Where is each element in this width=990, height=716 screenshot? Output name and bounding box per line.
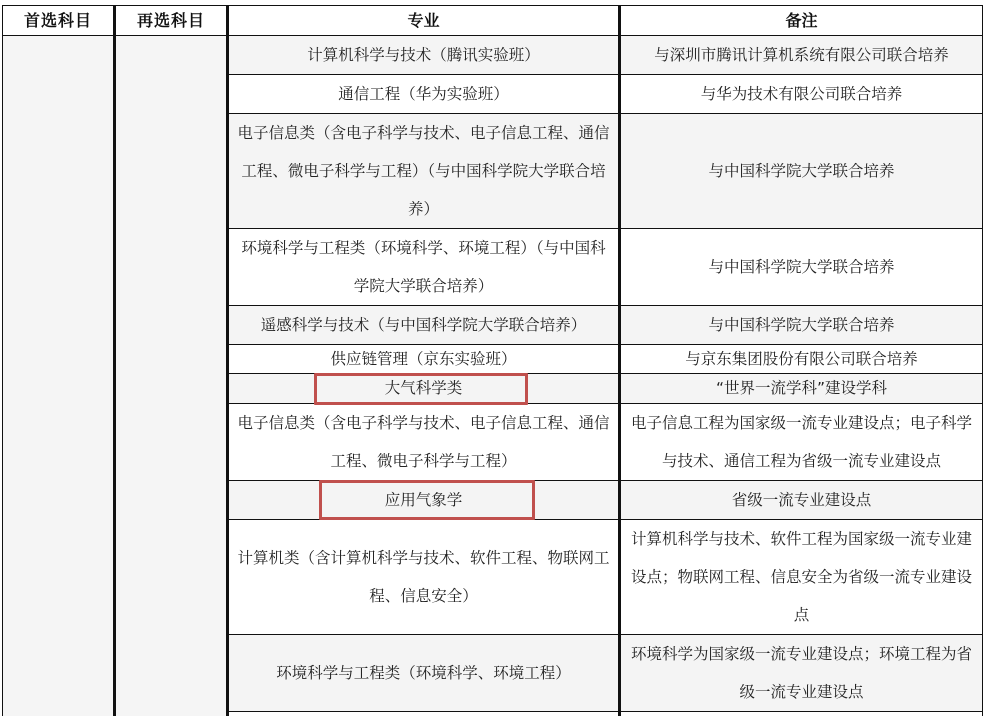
- remark-cell: [620, 712, 983, 716]
- header-major: 专业: [228, 6, 620, 36]
- remark-cell: 与中国科学院大学联合培养: [620, 114, 983, 229]
- remark-cell: 与中国科学院大学联合培养: [620, 306, 983, 345]
- remark-cell: 与深圳市腾讯计算机系统有限公司联合培养: [620, 36, 983, 75]
- major-cell: 环境科学与工程类（环境科学、环境工程）（与中国科学院大学联合培养）: [228, 229, 620, 306]
- header-first-subject: 首选科目: [3, 6, 115, 36]
- major-cell: [228, 712, 620, 716]
- major-cell: 应用气象学: [228, 481, 620, 520]
- table-row: 计算机科学与技术（腾讯实验班） 与深圳市腾讯计算机系统有限公司联合培养: [3, 36, 983, 75]
- header-second-subject: 再选科目: [115, 6, 228, 36]
- remark-cell: 环境科学为国家级一流专业建设点；环境工程为省级一流专业建设点: [620, 635, 983, 712]
- first-subject-cell: [3, 36, 115, 716]
- remark-cell: 计算机科学与技术、软件工程为国家级一流专业建设点；物联网工程、信息安全为省级一流…: [620, 520, 983, 635]
- major-cell: 通信工程（华为实验班）: [228, 75, 620, 114]
- major-cell: 环境科学与工程类（环境科学、环境工程）: [228, 635, 620, 712]
- major-cell: 电子信息类（含电子科学与技术、电子信息工程、通信工程、微电子科学与工程）（与中国…: [228, 114, 620, 229]
- major-cell: 大气科学类: [228, 374, 620, 404]
- major-cell: 电子信息类（含电子科学与技术、电子信息工程、通信工程、微电子科学与工程）: [228, 404, 620, 481]
- remark-cell: 与中国科学院大学联合培养: [620, 229, 983, 306]
- header-remarks: 备注: [620, 6, 983, 36]
- remark-cell: 电子信息工程为国家级一流专业建设点；电子科学与技术、通信工程为省级一流专业建设点: [620, 404, 983, 481]
- major-cell: 计算机科学与技术（腾讯实验班）: [228, 36, 620, 75]
- second-subject-cell: [115, 36, 228, 716]
- remark-cell: 与华为技术有限公司联合培养: [620, 75, 983, 114]
- remark-cell: “世界一流学科”建设学科: [620, 374, 983, 404]
- major-cell: 遥感科学与技术（与中国科学院大学联合培养）: [228, 306, 620, 345]
- remark-cell: 省级一流专业建设点: [620, 481, 983, 520]
- major-cell: 计算机类（含计算机科学与技术、软件工程、物联网工程、信息安全）: [228, 520, 620, 635]
- major-cell: 供应链管理（京东实验班）: [228, 345, 620, 374]
- header-row: 首选科目 再选科目 专业 备注: [3, 6, 983, 36]
- remark-cell: 与京东集团股份有限公司联合培养: [620, 345, 983, 374]
- majors-table: 首选科目 再选科目 专业 备注 计算机科学与技术（腾讯实验班） 与深圳市腾讯计算…: [2, 5, 983, 716]
